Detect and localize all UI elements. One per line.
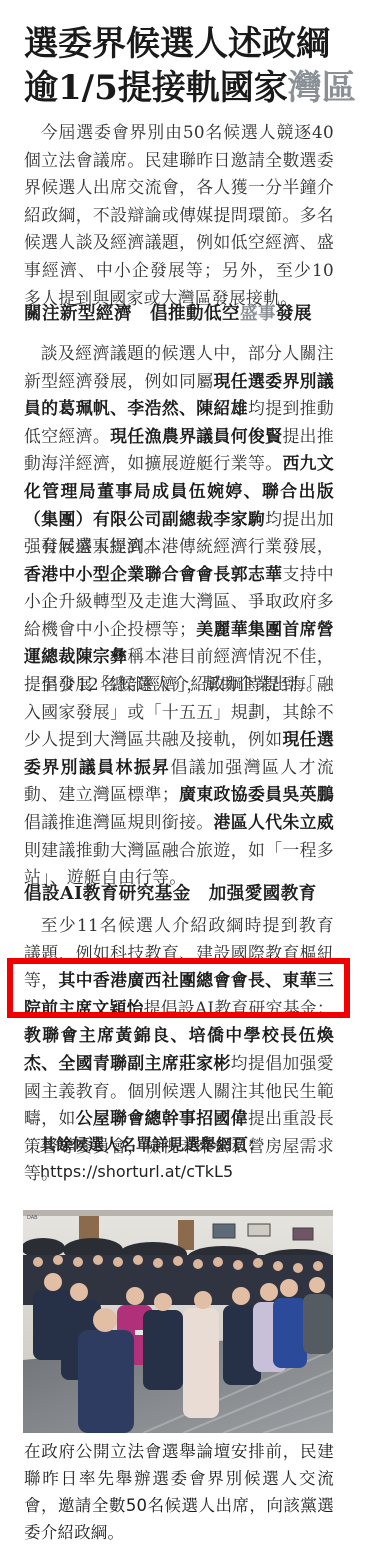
highlighted-run: 提倡設AI教育研究基金；	[144, 998, 334, 1018]
named-person: 現任漁農界議員何俊賢	[110, 426, 282, 446]
section-1-subhead-end: 發展	[276, 304, 312, 324]
run: 有候選人提到本港傳統經濟行業發展，	[41, 536, 334, 556]
candidate-list-link[interactable]: https://shorturl.at/cTkL5	[40, 1158, 350, 1185]
section-2-subhead: 倡設AI教育研究基金 加强愛國教育	[24, 880, 334, 905]
named-person: 香港中小型企業聯合會會長郭志華	[24, 564, 282, 584]
section-1-paragraph-1: 談及經濟議題的候選人中，部分人關注新型經濟發展，例如同屬現任選委界別議員的葛珮帆…	[24, 340, 334, 561]
headline-line-2: 逾1/5提接軌國家灣區	[24, 66, 334, 110]
photo-caption: 在政府公開立法會選舉論壇安排前，民建聯昨日率先舉辦選委會界別候選人交流會，邀請全…	[24, 1438, 334, 1546]
group-photo-image: DAB	[23, 1210, 333, 1433]
section-1-subhead-main: 關注新型經濟 倡推動低空	[24, 304, 240, 324]
section-1-subhead: 關注新型經濟 倡推動低空盛事發展	[24, 300, 334, 325]
note-title: 其餘候選人名單詳見選舉網頁：	[40, 1131, 350, 1158]
candidate-list-note: 其餘候選人名單詳見選舉網頁： https://shorturl.at/cTkL5	[24, 1131, 350, 1185]
section-1-subhead-faded: 盛事	[240, 304, 276, 324]
event-photo: DAB	[23, 1210, 333, 1433]
named-person: 廣東政協委員吳英鵬	[179, 784, 334, 804]
svg-text:DAB: DAB	[27, 1215, 38, 1221]
headline-line-1: 選委界候選人述政綱	[24, 22, 334, 66]
headline-line-2-faded: 灣區	[288, 68, 356, 108]
named-person: 公屋聯會總幹事招國偉	[76, 1108, 248, 1128]
headline-line-2-main: 逾1/5提接軌國家	[24, 68, 288, 108]
run: 倡議推進灣區規則銜接。	[24, 812, 214, 832]
section-1-paragraph-3: 至少12名候選人介紹政綱時提到「融入國家發展」或「十五五」規劃，其餘不少人提到大…	[24, 671, 334, 892]
named-person: 港區人代朱立威	[214, 812, 334, 832]
article-headline: 選委界候選人述政綱 逾1/5提接軌國家灣區	[24, 22, 334, 110]
intro-paragraph: 今屆選委會界別由50名候選人競逐40個立法會議席。民建聯昨日邀請全數選委界候選人…	[24, 119, 334, 312]
